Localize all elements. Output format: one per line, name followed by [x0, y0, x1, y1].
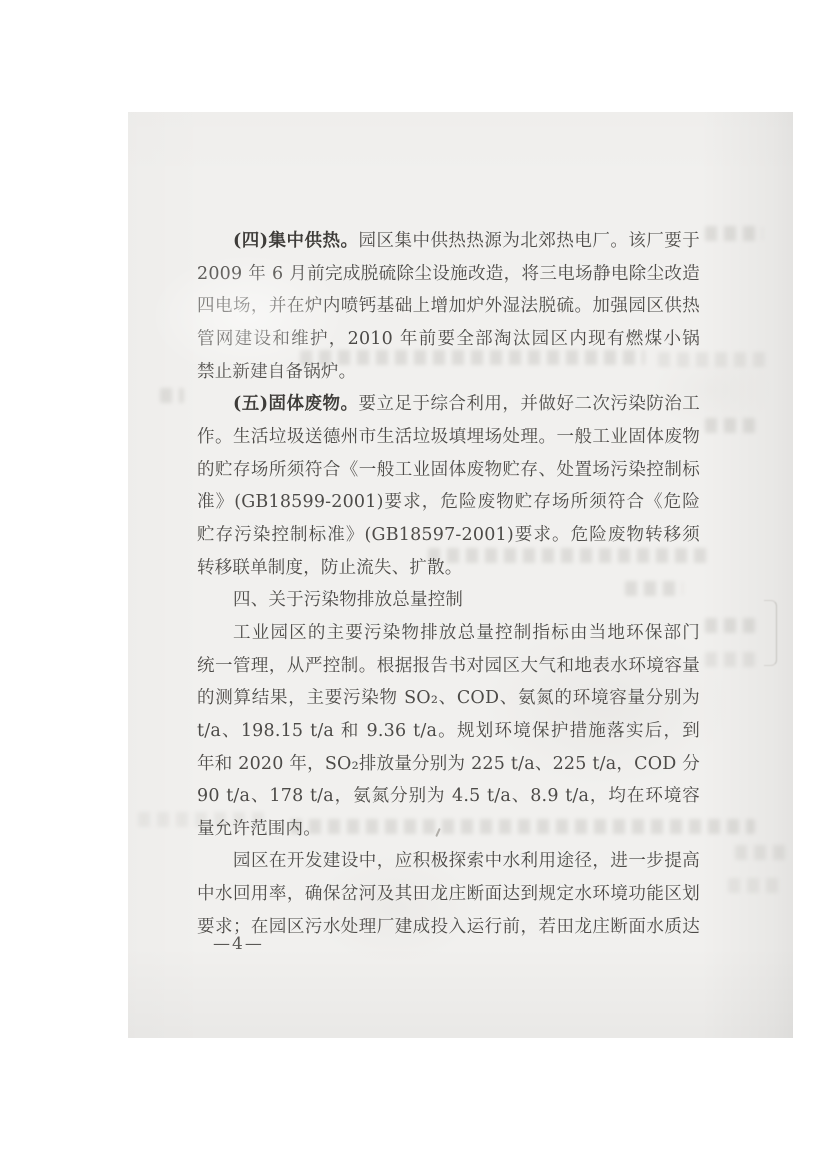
text-line: 工业园区的主要污染物排放总量控制指标由当地环保部门	[197, 617, 700, 650]
text-run: 准》(GB18599-2001)要求，危险废物贮存场所须符合《危险废物	[197, 492, 700, 519]
page-number: —4—	[213, 934, 264, 954]
text-line: 2009 年 6 月前完成脱硫除尘设施改造，将三电场静电除尘改造为	[197, 258, 700, 291]
paper-crease-mark	[764, 600, 777, 666]
text-run: 禁止新建自备锅炉。	[197, 362, 356, 382]
text-run: 2009 年 6 月前完成脱硫除尘设施改造，将三电场静电除尘改造为	[197, 264, 700, 291]
bleedthrough-mark	[705, 618, 760, 633]
bleedthrough-mark	[705, 226, 763, 241]
text-line: (五)固体废物。要立足于综合利用，并做好二次污染防治工	[197, 388, 700, 421]
bold-run: (四)集中供热。	[233, 231, 358, 251]
text-line: 贮存污染控制标准》(GB18597-2001)要求。危险废物转移须执行	[197, 519, 700, 552]
text-run: 年和 2020 年，SO₂排放量分别为 225 t/a、225 t/a，COD …	[197, 754, 700, 781]
text-line: 作。生活垃圾送德州市生活垃圾填埋场处理。一般工业固体废物	[197, 421, 700, 454]
text-line: t/a、198.15 t/a 和 9.36 t/a。规划环境保护措施落实后，到 …	[197, 715, 700, 748]
text-run: 中水回用率，确保岔河及其田龙庄断面达到规定水环境功能区划	[197, 884, 700, 904]
text-line: 管网建设和维护，2010 年前要全部淘汰园区内现有燃煤小锅炉，	[197, 323, 700, 356]
text-run: 要立足于综合利用，并做好二次污染防治工	[358, 394, 700, 414]
text-line: 90 t/a、178 t/a，氨氮分别为 4.5 t/a、8.9 t/a，均在环…	[197, 780, 700, 813]
bleedthrough-mark	[705, 652, 755, 667]
text-line: 统一管理，从严控制。根据报告书对园区大气和地表水环境容量	[197, 650, 700, 683]
scanned-page: (四)集中供热。园区集中供热热源为北郊热电厂。该厂要于2009 年 6 月前完成…	[128, 112, 793, 1038]
text-run: 的测算结果，主要污染物 SO₂、COD、氨氮的环境容量分别为 732	[197, 688, 700, 715]
bold-run: (五)固体废物。	[233, 394, 358, 414]
text-run: 贮存污染控制标准》(GB18597-2001)要求。危险废物转移须执行	[197, 525, 700, 552]
text-line: 的测算结果，主要污染物 SO₂、COD、氨氮的环境容量分别为 732	[197, 682, 700, 715]
section-heading-line: 四、关于污染物排放总量控制	[197, 584, 700, 617]
bleedthrough-mark	[705, 418, 760, 433]
bleedthrough-mark	[160, 388, 184, 403]
text-run: 量允许范围内。	[197, 819, 321, 839]
text-line: 年和 2020 年，SO₂排放量分别为 225 t/a、225 t/a，COD …	[197, 748, 700, 781]
text-run: 园区在开发建设中，应积极探索中水利用途径，进一步提高	[233, 851, 700, 871]
bleedthrough-mark	[735, 845, 790, 860]
text-run: 统一管理，从严控制。根据报告书对园区大气和地表水环境容量	[197, 656, 700, 676]
text-line: 准》(GB18599-2001)要求，危险废物贮存场所须符合《危险废物	[197, 486, 700, 519]
text-line: 禁止新建自备锅炉。	[197, 356, 700, 389]
text-run: 转移联单制度，防止流失、扩散。	[197, 558, 463, 578]
text-run: 四电场，并在炉内喷钙基础上增加炉外湿法脱硫。加强园区供热	[197, 296, 700, 316]
scan-canvas: (四)集中供热。园区集中供热热源为北郊热电厂。该厂要于2009 年 6 月前完成…	[0, 0, 827, 1169]
text-line: 转移联单制度，防止流失、扩散。	[197, 552, 700, 585]
text-run: t/a、198.15 t/a 和 9.36 t/a。规划环境保护措施落实后，到 …	[197, 721, 700, 748]
text-run: 园区集中供热热源为北郊热电厂。该厂要于	[358, 231, 700, 251]
text-line: 中水回用率，确保岔河及其田龙庄断面达到规定水环境功能区划	[197, 878, 700, 911]
text-run: 四、关于污染物排放总量控制	[233, 590, 463, 610]
text-line: 要求；在园区污水处理厂建成投入运行前，若田龙庄断面水质达	[197, 911, 700, 944]
text-line: 四电场，并在炉内喷钙基础上增加炉外湿法脱硫。加强园区供热	[197, 290, 700, 323]
text-line: 园区在开发建设中，应积极探索中水利用途径，进一步提高	[197, 845, 700, 878]
text-line: (四)集中供热。园区集中供热热源为北郊热电厂。该厂要于	[197, 225, 700, 258]
text-run: 的贮存场所须符合《一般工业固体废物贮存、处置场污染控制标	[197, 460, 700, 480]
text-line: 的贮存场所须符合《一般工业固体废物贮存、处置场污染控制标	[197, 454, 700, 487]
text-run: 90 t/a、178 t/a，氨氮分别为 4.5 t/a、8.9 t/a，均在环…	[197, 786, 700, 806]
text-run: 作。生活垃圾送德州市生活垃圾填埋场处理。一般工业固体废物	[197, 427, 700, 447]
bleedthrough-mark	[728, 878, 783, 893]
text-run: 要求；在园区污水处理厂建成投入运行前，若田龙庄断面水质达	[197, 917, 700, 937]
text-run: 管网建设和维护，2010 年前要全部淘汰园区内现有燃煤小锅炉，	[197, 329, 700, 356]
text-run: 工业园区的主要污染物排放总量控制指标由当地环保部门	[233, 623, 700, 643]
text-line: 量允许范围内。	[197, 813, 700, 846]
text-lines: (四)集中供热。园区集中供热热源为北郊热电厂。该厂要于2009 年 6 月前完成…	[197, 225, 700, 943]
